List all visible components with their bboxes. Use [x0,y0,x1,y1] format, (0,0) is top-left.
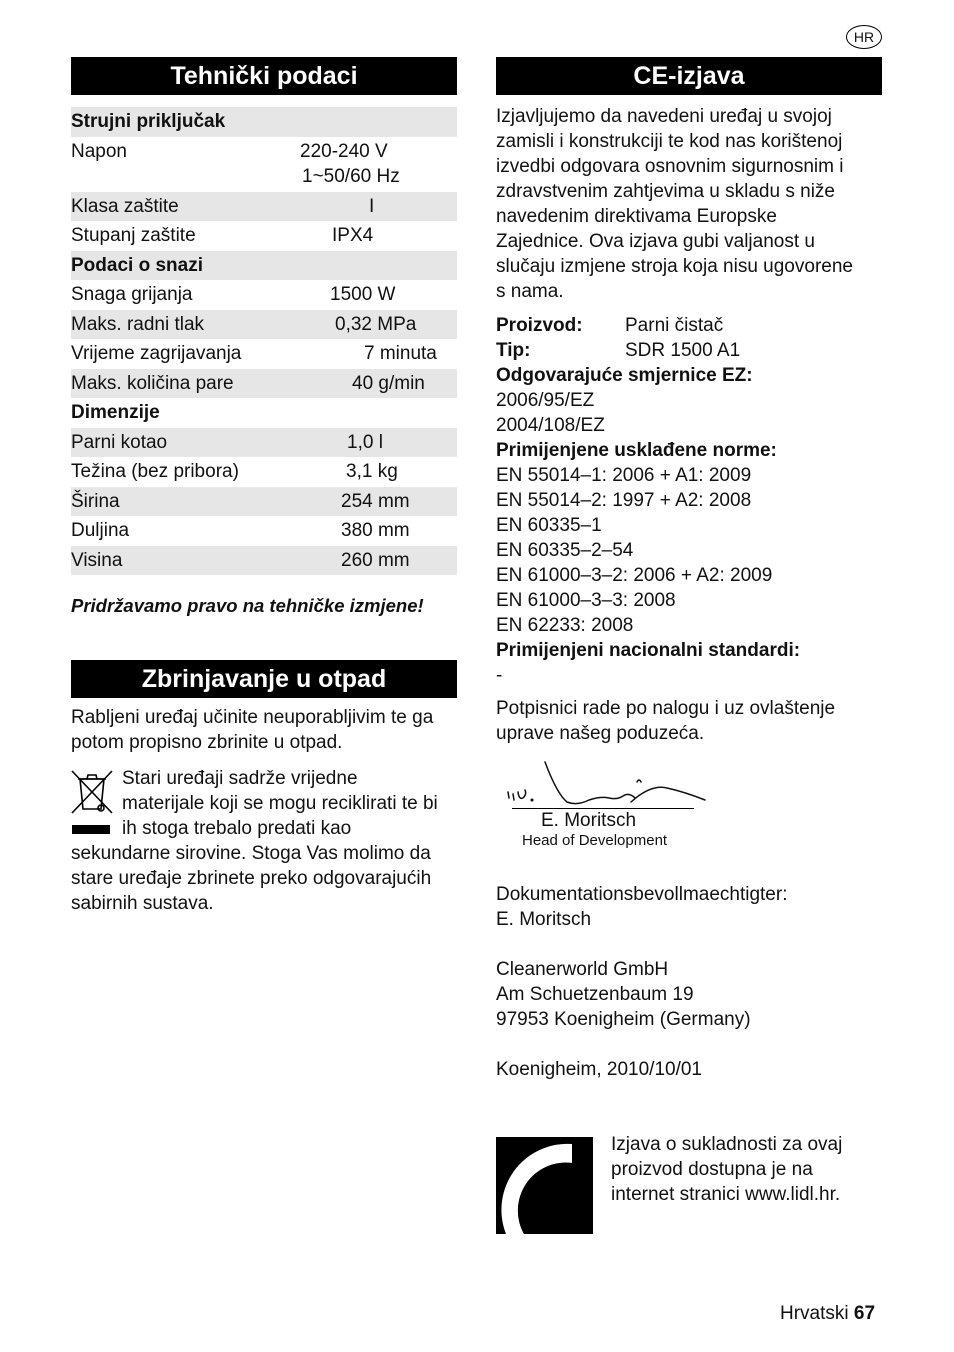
weee-bin-icon [70,769,114,835]
spec-row: Parni kotao1,0 l [71,428,457,458]
directives-heading: Odgovarajuće smjernice EZ: [496,363,800,388]
product-value: Parni čistač [625,313,723,338]
spec-row: Vrijeme zagrijavanja7 minuta [71,339,457,369]
disposal-paragraph-2: sekundarne sirovine. Stoga Vas molimo da… [71,841,431,916]
spec-value: 1500 W [330,280,395,310]
spec-label: Napon [71,137,127,167]
spec-row: Duljina380 mm [71,516,457,546]
text-line: sekundarne sirovine. Stoga Vas molimo da [71,841,431,866]
spec-label: Podaci o snazi [71,251,203,281]
signature-name: E. Moritsch [541,809,636,833]
spec-label: Maks. količina pare [71,369,234,399]
norm-item: EN 60335–1 [496,513,800,538]
spec-label: Klasa zaštite [71,192,179,222]
text-line: zamisli i konstrukciji te kod nas korišt… [496,129,853,154]
spec-section-heading: Dimenzije [71,398,457,428]
spec-value: 254 mm [341,487,410,517]
page-footer: Hrvatski 67 [780,1301,875,1326]
spec-label: Strujni priključak [71,107,225,137]
spec-value: 260 mm [341,546,410,576]
text-line: Am Schuetzenbaum 19 [496,982,751,1007]
technical-changes-note: Pridržavamo pravo na tehničke izmjene! [71,593,424,618]
spec-value: 1,0 l [347,428,383,458]
text-line: proizvod dostupna je na [611,1157,842,1182]
text-line: Zajednice. Ova izjava gubi valjanost u [496,229,853,254]
spec-value: IPX4 [332,221,373,251]
spec-value: 7 minuta [364,339,437,369]
spec-row: Klasa zaštiteI [71,192,457,222]
text-line: sabirnih sustava. [71,891,431,916]
language-badge: HR [846,25,882,49]
spec-label: Parni kotao [71,428,167,458]
spec-value: 0,32 MPa [335,310,416,340]
disposal-paragraph-1: Rabljeni uređaj učinite neuporabljivim t… [71,705,433,755]
text-line: 97953 Koenigheim (Germany) [496,1007,751,1032]
text-line: stare uređaje zbrinete preko odgovarajuć… [71,866,431,891]
place-date: Koenigheim, 2010/10/01 [496,1057,702,1082]
spec-label: Dimenzije [71,398,160,428]
norms-heading: Primijenjene usklađene norme: [496,438,800,463]
national-standards-value: - [496,663,800,688]
spec-value-secondary: 1~50/60 Hz [302,162,400,192]
norm-item: EN 60335–2–54 [496,538,800,563]
text-line: Izjava o sukladnosti za ovaj [611,1132,842,1157]
conformity-availability-note: Izjava o sukladnosti za ovaj proizvod do… [611,1132,842,1207]
spec-row: Visina260 mm [71,546,457,576]
spec-row: Težina (bez pribora)3,1 kg [71,457,457,487]
text-line: uprave našeg poduzeća. [496,721,835,746]
signature-role: Head of Development [522,831,667,851]
signature-scribble-icon [505,758,715,810]
text-line: slučaju izmjene stroja koja nisu ugovore… [496,254,853,279]
product-label: Proizvod: [496,313,583,338]
directive-item: 2006/95/EZ [496,388,800,413]
spec-table: Strujni priključakNapon220-240 V1~50/60 … [71,107,457,575]
spec-value: I [369,192,374,222]
disposal-paragraph-2-indented: Stari uređaji sadrže vrijedne materijale… [122,766,438,841]
spec-row: Širina254 mm [71,487,457,517]
spec-label: Duljina [71,516,129,546]
directive-item: 2004/108/EZ [496,413,800,438]
text-line: Rabljeni uređaj učinite neuporabljivim t… [71,705,433,730]
text-line: potom propisno zbrinite u otpad. [71,730,433,755]
spec-row: Stupanj zaštiteIPX4 [71,221,457,251]
text-line: Potpisnici rade po nalogu i uz ovlaštenj… [496,696,835,721]
spec-row: Snaga grijanja1500 W [71,280,457,310]
text-line: s nama. [496,279,853,304]
technical-data-heading: Tehnički podaci [71,57,457,95]
spec-label: Stupanj zaštite [71,221,196,251]
text-line: Dokumentationsbevollmaechtigter: [496,882,788,907]
norm-item: EN 61000–3–3: 2008 [496,588,800,613]
norm-item: EN 62233: 2008 [496,613,800,638]
spec-label: Vrijeme zagrijavanja [71,339,241,369]
spec-value: 380 mm [341,516,410,546]
disposal-heading: Zbrinjavanje u otpad [71,660,457,698]
conformity-logo-icon [496,1137,593,1234]
spec-section-heading: Strujni priključak [71,107,457,137]
text-line: E. Moritsch [496,907,788,932]
spec-section-heading: Podaci o snazi [71,251,457,281]
text-line: navedenim direktivama Europske [496,204,853,229]
type-label: Tip: [496,338,530,363]
spec-label: Maks. radni tlak [71,310,204,340]
spec-row: Maks. količina pare40 g/min [71,369,457,399]
text-line: materijale koji se mogu reciklirati te b… [122,791,438,816]
spec-label: Širina [71,487,120,517]
ce-standards-block: Odgovarajuće smjernice EZ: 2006/95/EZ 20… [496,363,800,688]
text-line: zdravstvenim zahtjevima u skladu s niže [496,179,853,204]
text-line: ih stoga trebalo predati kao [122,816,438,841]
spec-label: Snaga grijanja [71,280,192,310]
spec-label: Visina [71,546,122,576]
signers-note: Potpisnici rade po nalogu i uz ovlaštenj… [496,696,835,746]
text-line: internet stranici www.lidl.hr. [611,1182,842,1207]
text-line: izvedbi odgovara osnovnim sigurnosnim i [496,154,853,179]
company-address: Cleanerworld GmbH Am Schuetzenbaum 19 97… [496,957,751,1032]
norm-item: EN 61000–3–2: 2006 + A2: 2009 [496,563,800,588]
documentation-representative: Dokumentationsbevollmaechtigter: E. Mori… [496,882,788,932]
text-line: Stari uređaji sadrže vrijedne [122,766,438,791]
norm-item: EN 55014–1: 2006 + A1: 2009 [496,463,800,488]
ce-intro: Izjavljujemo da navedeni uređaj u svojoj… [496,104,853,304]
page-number: 67 [854,1303,875,1324]
footer-language: Hrvatski [780,1303,849,1324]
type-value: SDR 1500 A1 [625,338,740,363]
spec-value: 3,1 kg [346,457,398,487]
spec-label: Težina (bez pribora) [71,457,239,487]
national-standards-heading: Primijenjeni nacionalni standardi: [496,638,800,663]
spec-row: Napon220-240 V1~50/60 Hz [71,137,457,192]
ce-declaration-heading: CE-izjava [496,57,882,95]
text-line: Cleanerworld GmbH [496,957,751,982]
norm-item: EN 55014–2: 1997 + A2: 2008 [496,488,800,513]
spec-value: 40 g/min [352,369,425,399]
text-line: Izjavljujemo da navedeni uređaj u svojoj [496,104,853,129]
spec-row: Maks. radni tlak0,32 MPa [71,310,457,340]
